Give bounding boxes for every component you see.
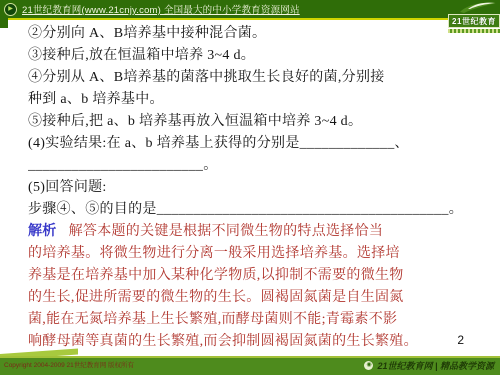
question-line: 步骤④、⑤的目的是_______________________________… <box>28 199 492 221</box>
question-line: ③接种后,放在恒温箱中培养 3~4 d。 <box>28 45 492 67</box>
analysis-line: 养基是在培养基中加入某种化学物质,以抑制不需要的微生物 <box>28 265 492 287</box>
top-bar: ▶ 21世纪教育网(www.21cnjy.com) 全国最大的中小学教育资源网站 <box>0 0 500 18</box>
copyright-text: Copyright 2004-2009 21世纪教育网 版权所有 <box>4 360 134 369</box>
site-link[interactable]: 21世纪教育网(www.21cnjy.com) 全国最大的中小学教育资源网站 <box>22 2 300 16</box>
accent-divider <box>8 18 500 20</box>
question-line: (4)实验结果:在 a、b 培养基上获得的分别是_____________、 <box>28 133 492 155</box>
slide-content: ②分别向 A、B培养基中接种混合菌。③接种后,放在恒温箱中培养 3~4 d。④分… <box>28 23 492 353</box>
analysis-lines: 解析解答本题的关键是根据不同微生物的特点选择恰当的培养基。将微生物进行分离一般采… <box>28 221 492 353</box>
analysis-line: 解析解答本题的关键是根据不同微生物的特点选择恰当 <box>28 221 492 243</box>
question-lines: ②分别向 A、B培养基中接种混合菌。③接种后,放在恒温箱中培养 3~4 d。④分… <box>28 23 492 221</box>
analysis-line: 的生长,促进所需要的微生物的生长。圆褐固氮菌是自生固氮 <box>28 287 492 309</box>
corner-notch <box>0 18 8 28</box>
question-line: (5)回答问题: <box>28 177 492 199</box>
globe-icon: ◉ <box>364 361 373 370</box>
question-line: ④分别从 A、B培养基的菌落中挑取生长良好的菌,分别接 <box>28 67 492 89</box>
swoosh-bird-icon <box>458 0 498 14</box>
question-line: ________________________。 <box>28 155 492 177</box>
question-line: ⑤接种后,把 a、b 培养基再放入恒温箱中培养 3~4 d。 <box>28 111 492 133</box>
bottom-brand-text: 21世纪教育网 | 精品教学资源 <box>377 359 494 372</box>
page-number: 2 <box>457 333 464 347</box>
analysis-text: 解答本题的关键是根据不同微生物的特点选择恰当 <box>69 224 384 239</box>
question-line: 种到 a、b 培养基中。 <box>28 89 492 111</box>
bottom-bar-branding: ◉ 21世纪教育网 | 精品教学资源 <box>364 359 494 372</box>
analysis-line: 的培养基。将微生物进行分离一般采用选择培养基。选择培 <box>28 243 492 265</box>
question-line: ②分别向 A、B培养基中接种混合菌。 <box>28 23 492 45</box>
play-icon: ▶ <box>4 3 17 16</box>
analysis-line: 响酵母菌等真菌的生长繁殖,而会抑制圆褐固氮菌的生长繁殖。 <box>28 331 492 353</box>
analysis-line: 菌,能在无氮培养基上生长繁殖,而酵母菌则不能;青霉素不影 <box>28 309 492 331</box>
slide-viewer: ▶ 21世纪教育网(www.21cnjy.com) 全国最大的中小学教育资源网站… <box>0 0 500 375</box>
analysis-label: 解析 <box>28 224 57 239</box>
